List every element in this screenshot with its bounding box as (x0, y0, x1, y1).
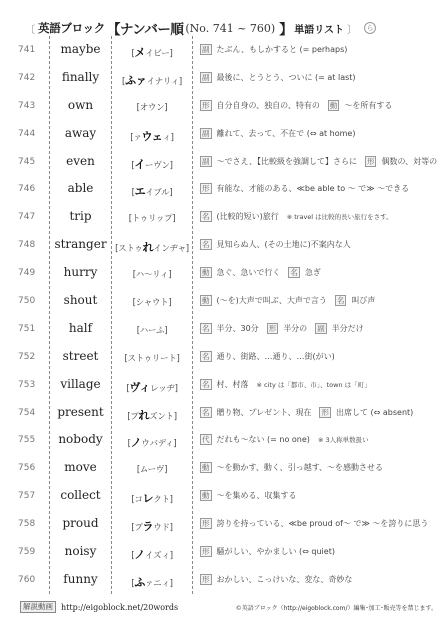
part-of-speech-badge: 形 (200, 518, 212, 529)
entry-word: half (50, 321, 111, 335)
entry-meaning: 名見知らぬ人、(その土地に)不案内な人 (200, 239, 441, 250)
meaning-text: おかしい、こっけいな、変な、奇妙な (217, 574, 353, 585)
pron-suffix: ハ～リィ] (136, 270, 171, 280)
part-of-speech-badge: 形 (200, 183, 212, 194)
pron-suffix: ストゥリート] (128, 354, 180, 364)
entry-pronunciation: [プラウド] (112, 518, 192, 534)
meaning-text: 見知らぬ人、(その土地に)不案内な人 (217, 239, 351, 250)
meaning-text: 村、村落 (217, 379, 249, 390)
part-of-speech-badge: 名 (288, 267, 300, 278)
part-of-speech-badge: 名 (200, 351, 212, 362)
meaning-text: 有能な、才能のある、≪be able to ～ で≫ ～できる (217, 183, 410, 194)
word-row: 752street[ストゥリート]名通り、街路、…通り、…街(がい) (0, 345, 447, 373)
meaning-text: 急ぎ (305, 267, 321, 278)
part-of-speech-badge: 副 (200, 44, 212, 55)
word-row: 756move[ムーヴ]動～を動かす、動く、引っ越す、～を感動させる (0, 456, 447, 484)
meaning-text: ～を集める、収集する (217, 490, 297, 501)
part-of-speech-badge: 名 (200, 407, 212, 418)
pron-stress: ヴィ (129, 381, 150, 394)
entry-word: present (50, 405, 111, 419)
page-header: 〔 英語ブロック 【ナンバー順 (No. 741 ~ 760) 】 単語リスト … (22, 19, 437, 37)
entry-number: 745 (18, 157, 48, 167)
pron-suffix: インヂャ] (153, 244, 189, 254)
word-row: 746able[エイブル]形有能な、才能のある、≪be able to ～ で≫… (0, 177, 447, 205)
pron-prefix: [ァ (130, 133, 141, 143)
part-of-speech-badge: 代 (200, 434, 212, 445)
meaning-text: 離れて、去って、不在で (⇔ at home) (217, 128, 356, 139)
entry-word: stranger (50, 237, 111, 251)
meaning-text: 通り、街路、…通り、…街(がい) (217, 351, 335, 362)
word-row: 750shout[シャウト]動(～を)大声で叫ぶ、大声で言う名叫び声 (0, 289, 447, 317)
pron-suffix: イブル] (145, 188, 172, 198)
entry-number: 748 (18, 240, 48, 250)
entry-word: away (50, 126, 111, 140)
entry-number: 755 (18, 435, 48, 445)
entry-pronunciation: [ァウェィ] (112, 128, 192, 144)
entry-meaning: 名通り、街路、…通り、…街(がい) (200, 351, 441, 362)
order-close: 】 (279, 18, 292, 38)
entry-number: 754 (18, 408, 48, 418)
pron-suffix: ズント] (149, 412, 177, 422)
word-row: 757collect[コレクト]動～を集める、収集する (0, 484, 447, 512)
meaning-text: 贈り物、プレゼント、現在 (217, 407, 312, 418)
word-row: 741maybe[メイビー]副たぶん、もしかすると (= perhaps) (0, 38, 447, 66)
pron-suffix: オウン] (140, 103, 168, 113)
entry-number: 742 (18, 73, 48, 83)
word-row: 759noisy[ノイズィ]形騒がしい、やかましい (⇔ quiet) (0, 540, 447, 568)
part-of-speech-badge: 名 (200, 211, 212, 222)
word-row: 754present[プれズント]名贈り物、プレゼント、現在形出席して (⇔ a… (0, 401, 447, 429)
number-range: (No. 741 ~ 760) (185, 22, 275, 35)
pron-suffix: トゥリップ] (132, 214, 175, 224)
word-row: 751half[ハーふ]名半分、30分形半分の副半分だけ (0, 317, 447, 345)
entry-number: 741 (18, 45, 48, 55)
entry-meaning: 動～を集める、収集する (200, 490, 441, 501)
meaning-text: 半分の (283, 323, 307, 334)
entry-number: 749 (18, 268, 48, 278)
part-of-speech-badge: 形 (365, 156, 377, 167)
part-of-speech-badge: 名 (200, 323, 212, 334)
pron-suffix: ムーヴ] (140, 465, 167, 475)
entry-meaning: 形自分自身の、独自の、特有の動～を所有する (200, 100, 441, 111)
order-title: 【ナンバー順 (107, 18, 183, 38)
entry-number: 751 (18, 324, 48, 334)
pron-prefix: [プ (127, 412, 138, 422)
entry-word: collect (50, 488, 111, 502)
page-footer: 解説動画 http://eigoblock.net/20words ©英語ブロッ… (20, 600, 437, 614)
pron-suffix: イズィ] (145, 551, 173, 561)
entry-meaning: 副たぶん、もしかすると (= perhaps) (200, 44, 441, 55)
pron-suffix: レッヂ] (150, 384, 178, 394)
pron-stress: ラ (143, 520, 154, 533)
entry-number: 753 (18, 380, 48, 390)
pron-stress: ふァ (125, 74, 146, 87)
part-of-speech-badge: 動 (200, 295, 212, 306)
entry-pronunciation: [シャウト] (112, 295, 192, 308)
part-of-speech-badge: 動 (200, 490, 212, 501)
entry-word: shout (50, 293, 111, 307)
meaning-text: たぶん、もしかすると (= perhaps) (217, 44, 348, 55)
word-row: 747trip[トゥリップ]名(比較的短い)旅行※ travel は比較的長い旅… (0, 205, 447, 233)
meaning-text: 半分、30分 (217, 323, 259, 334)
entry-pronunciation: [ノイズィ] (112, 546, 192, 562)
entry-pronunciation: [ムーヴ] (112, 462, 192, 475)
pron-stress: ウェ (142, 130, 163, 143)
part-of-speech-badge: 形 (319, 407, 331, 418)
brand-title: 英語ブロック (38, 20, 105, 36)
pron-stress: イ (134, 158, 145, 171)
part-of-speech-badge: 動 (328, 100, 340, 111)
pron-suffix: ィ] (162, 133, 173, 143)
part-of-speech-badge: 名 (200, 379, 212, 390)
word-row: 760funny[ふァニィ]形おかしい、こっけいな、変な、奇妙な (0, 568, 447, 596)
meaning-text: ～を所有する (344, 100, 392, 111)
entry-pronunciation: [ノウバディ] (112, 434, 192, 450)
part-of-speech-badge: 形 (267, 323, 279, 334)
word-row: 744away[ァウェィ]副離れて、去って、不在で (⇔ at home) (0, 122, 447, 150)
video-label: 解説動画 (20, 601, 56, 613)
meaning-text: 叫び声 (351, 295, 375, 306)
entry-word: own (50, 98, 111, 112)
entry-pronunciation: [ふァニィ] (112, 574, 192, 590)
entry-word: proud (50, 516, 111, 530)
pron-prefix: [コ (131, 495, 142, 505)
entry-word: even (50, 154, 111, 168)
entry-pronunciation: [ハ～リィ] (112, 267, 192, 280)
entry-number: 757 (18, 491, 48, 501)
word-row: 758proud[プラウド]形誇りを持っている、≪be proud of～ で≫… (0, 512, 447, 540)
pron-stress: エ (135, 185, 146, 198)
word-row: 743own[オウン]形自分自身の、独自の、特有の動～を所有する (0, 94, 447, 122)
meaning-text: 急ぐ、急いで行く (217, 267, 281, 278)
pron-suffix: シャウト] (136, 298, 172, 308)
meaning-text: 自分自身の、独自の、特有の (217, 100, 320, 111)
entry-word: trip (50, 209, 111, 223)
meaning-text: ～でさえ、【比較級を強調して】さらに (217, 156, 357, 167)
entry-pronunciation: [オウン] (112, 100, 192, 113)
entry-number: 750 (18, 296, 48, 306)
meaning-text: ～を動かす、動く、引っ越す、～を感動させる (217, 462, 384, 473)
entry-meaning: 形騒がしい、やかましい (⇔ quiet) (200, 546, 441, 557)
pron-suffix: クト] (153, 495, 172, 505)
entry-meaning: 動急ぐ、急いで行く名急ぎ (200, 267, 441, 278)
entry-meaning: 代だれも～ない (= no one)※ 3人称単数扱い (200, 434, 441, 445)
list-title: 単語リスト (294, 21, 344, 36)
entry-pronunciation: [エイブル] (112, 183, 192, 199)
meaning-text: (～を)大声で叫ぶ、大声で言う (217, 295, 327, 306)
entry-word: move (50, 460, 111, 474)
note-text: ※ travel は比較的長い旅行をさす。 (287, 212, 393, 221)
entry-word: noisy (50, 544, 111, 558)
entry-word: finally (50, 70, 111, 84)
entry-meaning: 副～でさえ、【比較級を強調して】さらに形偶数の、対等の (200, 156, 441, 167)
entry-word: nobody (50, 432, 111, 446)
meaning-text: 半分だけ (332, 323, 364, 334)
pron-suffix: ァニィ] (145, 579, 173, 589)
circle-face-icon: ら (364, 22, 376, 34)
word-row: 745even[イーヴン]副～でさえ、【比較級を強調して】さらに形偶数の、対等の (0, 150, 447, 178)
meaning-text: 誇りを持っている、≪be proud of～ で≫ ～を誇りに思う (217, 518, 429, 529)
pron-stress: メ (135, 46, 146, 59)
entry-pronunciation: [プれズント] (112, 407, 192, 423)
entry-number: 752 (18, 352, 48, 362)
entry-meaning: 動(～を)大声で叫ぶ、大声で言う名叫び声 (200, 295, 441, 306)
pron-suffix: ハーふ] (140, 326, 167, 336)
entry-number: 758 (18, 519, 48, 529)
meaning-text: 騒がしい、やかましい (⇔ quiet) (217, 546, 335, 557)
entry-meaning: 形おかしい、こっけいな、変な、奇妙な (200, 574, 441, 585)
part-of-speech-badge: 形 (200, 546, 212, 557)
entry-pronunciation: [ストゥリート] (112, 351, 192, 364)
entry-meaning: 形有能な、才能のある、≪be able to ～ で≫ ～できる (200, 183, 441, 194)
note-text: ※ city は「都市、市」、town は「町」 (257, 380, 371, 389)
entry-number: 744 (18, 129, 48, 139)
part-of-speech-badge: 名 (335, 295, 347, 306)
entry-number: 756 (18, 463, 48, 473)
entry-meaning: 副最後に、とうとう、ついに (= at last) (200, 72, 441, 83)
entry-meaning: 動～を動かす、動く、引っ越す、～を感動させる (200, 462, 441, 473)
entry-word: funny (50, 572, 111, 586)
part-of-speech-badge: 形 (200, 574, 212, 585)
entry-pronunciation: [ハーふ] (112, 323, 192, 336)
word-row: 755nobody[ノウバディ]代だれも～ない (= no one)※ 3人称単… (0, 428, 447, 456)
entry-number: 747 (18, 212, 48, 222)
meaning-text: (比較的短い)旅行 (217, 211, 279, 222)
meaning-text: 出席して (⇔ absent) (336, 407, 413, 418)
entry-pronunciation: [ヴィレッヂ] (112, 379, 192, 395)
part-of-speech-badge: 動 (200, 267, 212, 278)
entry-pronunciation: [トゥリップ] (112, 211, 192, 224)
header-close-bracket: 〕 (347, 21, 357, 36)
word-row: 742finally[ふァイナリィ]副最後に、とうとう、ついに (= at la… (0, 66, 447, 94)
entry-meaning: 名贈り物、プレゼント、現在形出席して (⇔ absent) (200, 407, 441, 418)
video-link[interactable]: http://eigoblock.net/20words (61, 603, 178, 612)
entry-meaning: 名村、村落※ city は「都市、市」、town は「町」 (200, 379, 441, 390)
pron-stress: ノ (131, 436, 142, 449)
pron-suffix: イビー] (145, 49, 172, 59)
part-of-speech-badge: 副 (200, 156, 212, 167)
part-of-speech-badge: 副 (315, 323, 327, 334)
part-of-speech-badge: 形 (200, 100, 212, 111)
pron-stress: ノ (134, 548, 145, 561)
pron-prefix: [プ (131, 523, 142, 533)
pron-suffix: ーヴン] (145, 161, 173, 171)
meaning-text: だれも～ない (= no one) (217, 434, 310, 445)
pron-suffix: ウド] (153, 523, 172, 533)
pron-suffix: イナリィ] (146, 77, 181, 87)
word-row: 748stranger[ストゥれインヂャ]名見知らぬ人、(その土地に)不案内な人 (0, 233, 447, 261)
word-row: 753village[ヴィレッヂ]名村、村落※ city は「都市、市」、tow… (0, 373, 447, 401)
entry-meaning: 副離れて、去って、不在で (⇔ at home) (200, 128, 441, 139)
header-open-bracket: 〔 (25, 21, 35, 36)
entry-word: street (50, 349, 111, 363)
word-row: 749hurry[ハ～リィ]動急ぐ、急いで行く名急ぎ (0, 261, 447, 289)
part-of-speech-badge: 副 (200, 128, 212, 139)
entry-word: village (50, 377, 111, 391)
entry-word: able (50, 181, 111, 195)
note-text: ※ 3人称単数扱い (318, 435, 369, 444)
word-list: 741maybe[メイビー]副たぶん、もしかすると (= perhaps)742… (0, 38, 447, 596)
entry-meaning: 名(比較的短い)旅行※ travel は比較的長い旅行をさす。 (200, 211, 441, 222)
pron-suffix: ウバディ] (141, 439, 176, 449)
entry-pronunciation: [ふァイナリィ] (112, 72, 192, 88)
entry-number: 760 (18, 575, 48, 585)
pron-stress: れ (138, 409, 149, 422)
pron-stress: れ (143, 241, 154, 254)
meaning-text: 最後に、とうとう、ついに (= at last) (217, 72, 356, 83)
entry-number: 759 (18, 547, 48, 557)
entry-word: hurry (50, 265, 111, 279)
entry-meaning: 形誇りを持っている、≪be proud of～ で≫ ～を誇りに思う (200, 518, 441, 529)
entry-pronunciation: [メイビー] (112, 44, 192, 60)
meaning-text: 偶数の、対等の (381, 156, 437, 167)
pron-stress: ふ (134, 576, 145, 589)
entry-number: 746 (18, 184, 48, 194)
entry-meaning: 名半分、30分形半分の副半分だけ (200, 323, 441, 334)
part-of-speech-badge: 名 (200, 239, 212, 250)
entry-pronunciation: [コレクト] (112, 490, 192, 506)
entry-number: 743 (18, 101, 48, 111)
copyright-notice: ©英語ブロック（http://eigoblock.com/）編集･加工･販売等を… (236, 603, 437, 612)
entry-pronunciation: [ストゥれインヂャ] (112, 239, 192, 255)
pron-stress: レ (143, 492, 154, 505)
pron-prefix: [ストゥ (115, 244, 142, 254)
entry-pronunciation: [イーヴン] (112, 156, 192, 172)
entry-word: maybe (50, 42, 111, 56)
part-of-speech-badge: 動 (200, 462, 212, 473)
part-of-speech-badge: 副 (200, 72, 212, 83)
